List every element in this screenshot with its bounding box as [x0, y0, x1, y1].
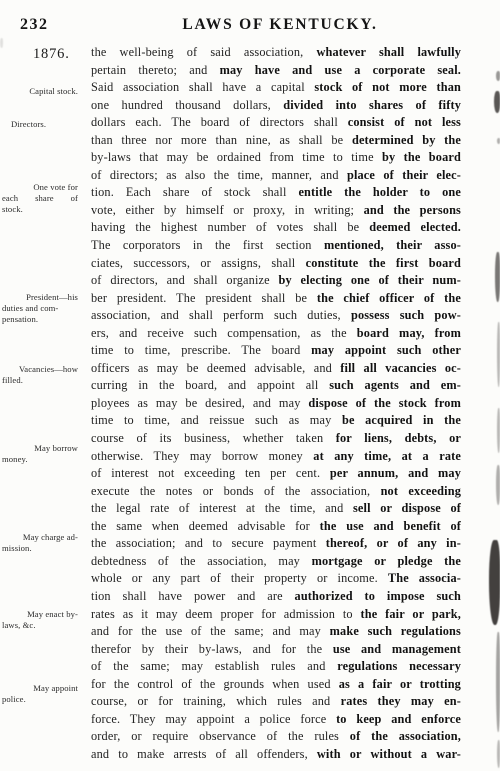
margin-note-line: stock. [2, 204, 78, 215]
margin-note-line: filled. [2, 375, 78, 386]
margin-note-line: money. [2, 454, 78, 465]
body-line: ber president. The president shall be th… [91, 290, 461, 308]
scan-smudge [496, 71, 500, 81]
margin-note: One vote foreach share ofstock. [2, 182, 78, 214]
body-line: course, or for training, which rules and… [91, 693, 461, 711]
margin-note: May enact by-laws, &c. [2, 609, 78, 631]
margin-note: Vacancies—howfilled. [2, 364, 78, 386]
margin-note: President—hisduties and com-pensation. [2, 292, 78, 324]
margin-note-line: May charge ad- [2, 532, 78, 543]
body-line: whole or any part of their property or i… [91, 570, 461, 588]
body-line: order, or require observance of the rule… [91, 728, 461, 746]
body-line: for the control of the grounds when used… [91, 676, 461, 694]
body-line: rates as it may deem proper for admissio… [91, 606, 461, 624]
body-line: pertain thereto; and may have and use a … [91, 62, 461, 80]
margin-note-line: One vote for [2, 182, 78, 193]
margin-note: Capital stock. [2, 86, 78, 97]
body-line: association, and shall perform such duti… [91, 307, 461, 325]
body-line: tion shall have power and are authorized… [91, 588, 461, 606]
body-line: of directors, and shall organize by elec… [91, 272, 461, 290]
body-line: therefor by their by-laws, and for the u… [91, 641, 461, 659]
scan-smudge [0, 38, 3, 48]
scan-smudge [496, 632, 500, 732]
margin-note-line: President—his [2, 292, 78, 303]
margin-note-line: Vacancies—how [2, 364, 78, 375]
body-line: the legal rate of interest at the time, … [91, 500, 461, 518]
margin-note-line: May borrow [2, 443, 78, 454]
body-line: time to time, prescribe. The board may a… [91, 342, 461, 360]
body-line: The corporators in the first section men… [91, 237, 461, 255]
body-line: of directors; as also the time, manner, … [91, 167, 461, 185]
margin-note-line: duties and com- [2, 303, 78, 314]
body-line: course of its business, whether taken fo… [91, 430, 461, 448]
margin-note-line: laws, &c. [2, 620, 78, 631]
body-line: tion. Each share of stock shall entitle … [91, 184, 461, 202]
body-line: of interest not exceeding ten per cent. … [91, 465, 461, 483]
body-line: the same when deemed advisable for the u… [91, 518, 461, 536]
scan-smudge [495, 252, 500, 302]
scan-smudge [496, 465, 500, 505]
scan-smudge [489, 540, 500, 625]
body-line: otherwise. They may borrow money at any … [91, 448, 461, 466]
body-line: Said association shall have a capital st… [91, 79, 461, 97]
margin-note: May borrowmoney. [2, 443, 78, 465]
body-line: ers, and receive such compensation, as t… [91, 325, 461, 343]
margin-note-line: pensation. [2, 314, 78, 325]
body-line: by-laws that may be ordained from time t… [91, 149, 461, 167]
body-line: dollars each. The board of directors sha… [91, 114, 461, 132]
margin-note-line: May enact by- [2, 609, 78, 620]
body-line: curring in the board, and appoint all su… [91, 377, 461, 395]
body-line: force. They may appoint a police force t… [91, 711, 461, 729]
margin-note: May appointpolice. [2, 683, 78, 705]
margin-note-line: Directors. [2, 119, 78, 130]
scan-smudge [494, 91, 500, 113]
margin-note-line: Capital stock. [2, 86, 78, 97]
margin-note-line: mission. [2, 543, 78, 554]
body-line: the association; and to secure payment t… [91, 535, 461, 553]
body-line: ciates, successors, or assigns, shall co… [91, 255, 461, 273]
body-line: execute the notes or bonds of the associ… [91, 483, 461, 501]
body-line: time to time, and reissue such as may be… [91, 412, 461, 430]
body-line: the well-being of said association, what… [91, 44, 461, 62]
body-line: vote, either by himself or proxy, in wri… [91, 202, 461, 220]
body-line: ployees as may be desired, and may dispo… [91, 395, 461, 413]
book-page: 232 LAWS OF KENTUCKY. 1876. Capital stoc… [0, 0, 500, 771]
body-line: and for the use of the same; and may mak… [91, 623, 461, 641]
body-line: one hundred thousand dollars, divided in… [91, 97, 461, 115]
body-line: having the highest number of votes shall… [91, 219, 461, 237]
margin-note: Directors. [2, 119, 78, 130]
margin-notes: Capital stock.Directors.One vote foreach… [2, 0, 80, 771]
body-line: debtedness of the association, may mortg… [91, 553, 461, 571]
margin-note: May charge ad-mission. [2, 532, 78, 554]
margin-note-line: police. [2, 694, 78, 705]
body-line: officers as may be deemed advisable, and… [91, 360, 461, 378]
running-title: LAWS OF KENTUCKY. [130, 16, 430, 34]
body-line: of the same; may establish rules and reg… [91, 658, 461, 676]
margin-note-line: each share of [2, 193, 78, 204]
body-line: than three nor more than nine, as shall … [91, 132, 461, 150]
body-line: and to make arrests of all offenders, wi… [91, 746, 461, 764]
body-text: the well-being of said association, what… [91, 44, 461, 763]
margin-note-line: May appoint [2, 683, 78, 694]
